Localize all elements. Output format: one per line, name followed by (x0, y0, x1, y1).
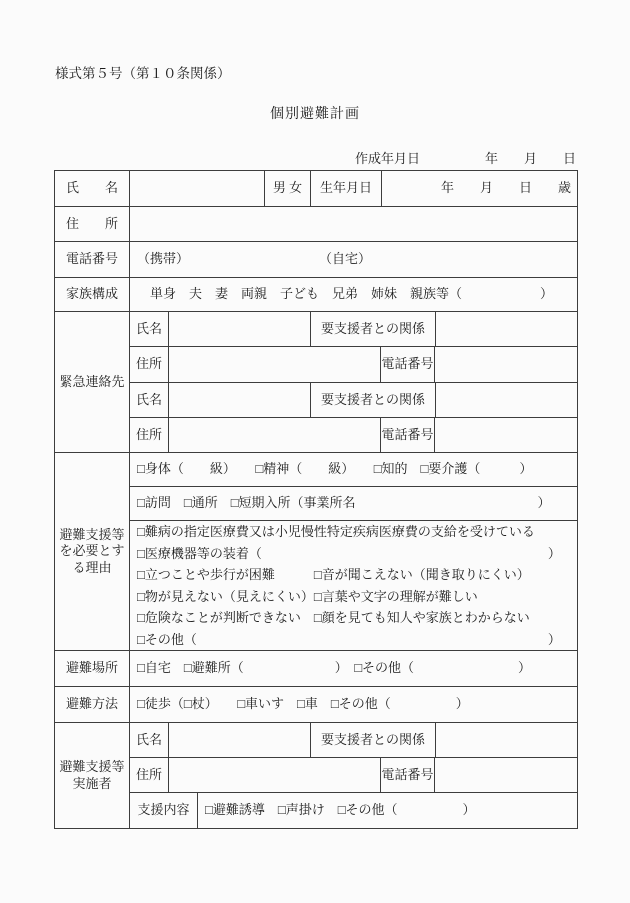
supporter-relation-area (436, 723, 577, 758)
phone-label: 電話番号 (55, 242, 130, 278)
emergency1-phone-area (435, 347, 577, 383)
emergency2-phone-label: 電話番号 (381, 418, 435, 453)
supporter-address-label: 住所 (130, 758, 169, 793)
emergency1-name-area (169, 312, 311, 347)
emergency1-relation-label: 要支援者との関係 (311, 312, 436, 347)
emergency1-name-label: 氏名 (130, 312, 169, 347)
page-title: 個別避難計画 (0, 103, 630, 123)
reason-service-options: □訪問 □通所 □短期入所（事業所名 ） (130, 487, 577, 521)
supporter-relation-label: 要支援者との関係 (311, 723, 436, 758)
emergency1-phone-label: 電話番号 (381, 347, 435, 383)
name-input-area (130, 171, 265, 207)
address-input-area (130, 207, 577, 242)
supporter-name-label: 氏名 (130, 723, 169, 758)
creation-date-line: 作成年月日 年 月 日 (300, 148, 576, 167)
birthdate-value: 年 月 日 歳 (382, 171, 577, 207)
family-label: 家族構成 (55, 278, 130, 312)
emergency2-address-area (169, 418, 381, 453)
birthdate-label: 生年月日 (311, 171, 382, 207)
sex-options: 男 女 (265, 171, 311, 207)
address-label: 住 所 (55, 207, 130, 242)
emergency1-address-label: 住所 (130, 347, 169, 383)
family-options: 単身 夫 妻 両親 子ども 兄弟 姉妹 親族等（ ） (130, 278, 577, 312)
name-label: 氏 名 (55, 171, 130, 207)
emergency2-name-area (169, 383, 311, 418)
supporter-phone-label: 電話番号 (381, 758, 435, 793)
supporter-address-area (169, 758, 381, 793)
emergency-contact-label: 緊急連絡先 (55, 312, 130, 453)
emergency2-relation-label: 要支援者との関係 (311, 383, 436, 418)
evacuation-method-label: 避難方法 (55, 687, 130, 723)
emergency2-name-label: 氏名 (130, 383, 169, 418)
support-content-options: □避難誘導 □声掛け □その他（ ） (198, 793, 577, 828)
evacuation-place-label: 避難場所 (55, 651, 130, 687)
reason-disability-options: □身体（ 級） □精神（ 級） □知的 □要介護（ ） (130, 453, 577, 487)
support-content-label: 支援内容 (130, 793, 198, 828)
form-number: 様式第５号（第１０条関係） (55, 62, 231, 82)
form-table: 氏 名 男 女 生年月日 年 月 日 歳 住 所 電話番号 （携帯） （自宅） … (54, 170, 578, 829)
reason-detail-options: □難病の指定医療費又は小児慢性特定疾病医療費の支給を受けている □医療機器等の装… (130, 521, 577, 651)
evacuation-method-options: □徒歩（□杖） □車いす □車 □その他（ ） (130, 687, 577, 723)
document-page: 様式第５号（第１０条関係） 個別避難計画 作成年月日 年 月 日 氏 名 男 女… (0, 0, 630, 903)
supporter-phone-area (435, 758, 577, 793)
supporter-name-area (169, 723, 311, 758)
emergency2-relation-area (436, 383, 577, 418)
evacuation-place-options: □自宅 □避難所（ ） □その他（ ） (130, 651, 577, 687)
supporter-label: 避難支援等 実施者 (55, 723, 130, 828)
emergency2-address-label: 住所 (130, 418, 169, 453)
emergency1-relation-area (436, 312, 577, 347)
emergency2-phone-area (435, 418, 577, 453)
phone-input-area: （携帯） （自宅） (130, 242, 577, 278)
support-reason-label: 避難支援等 を必要とす る理由 (55, 453, 130, 651)
emergency1-address-area (169, 347, 381, 383)
